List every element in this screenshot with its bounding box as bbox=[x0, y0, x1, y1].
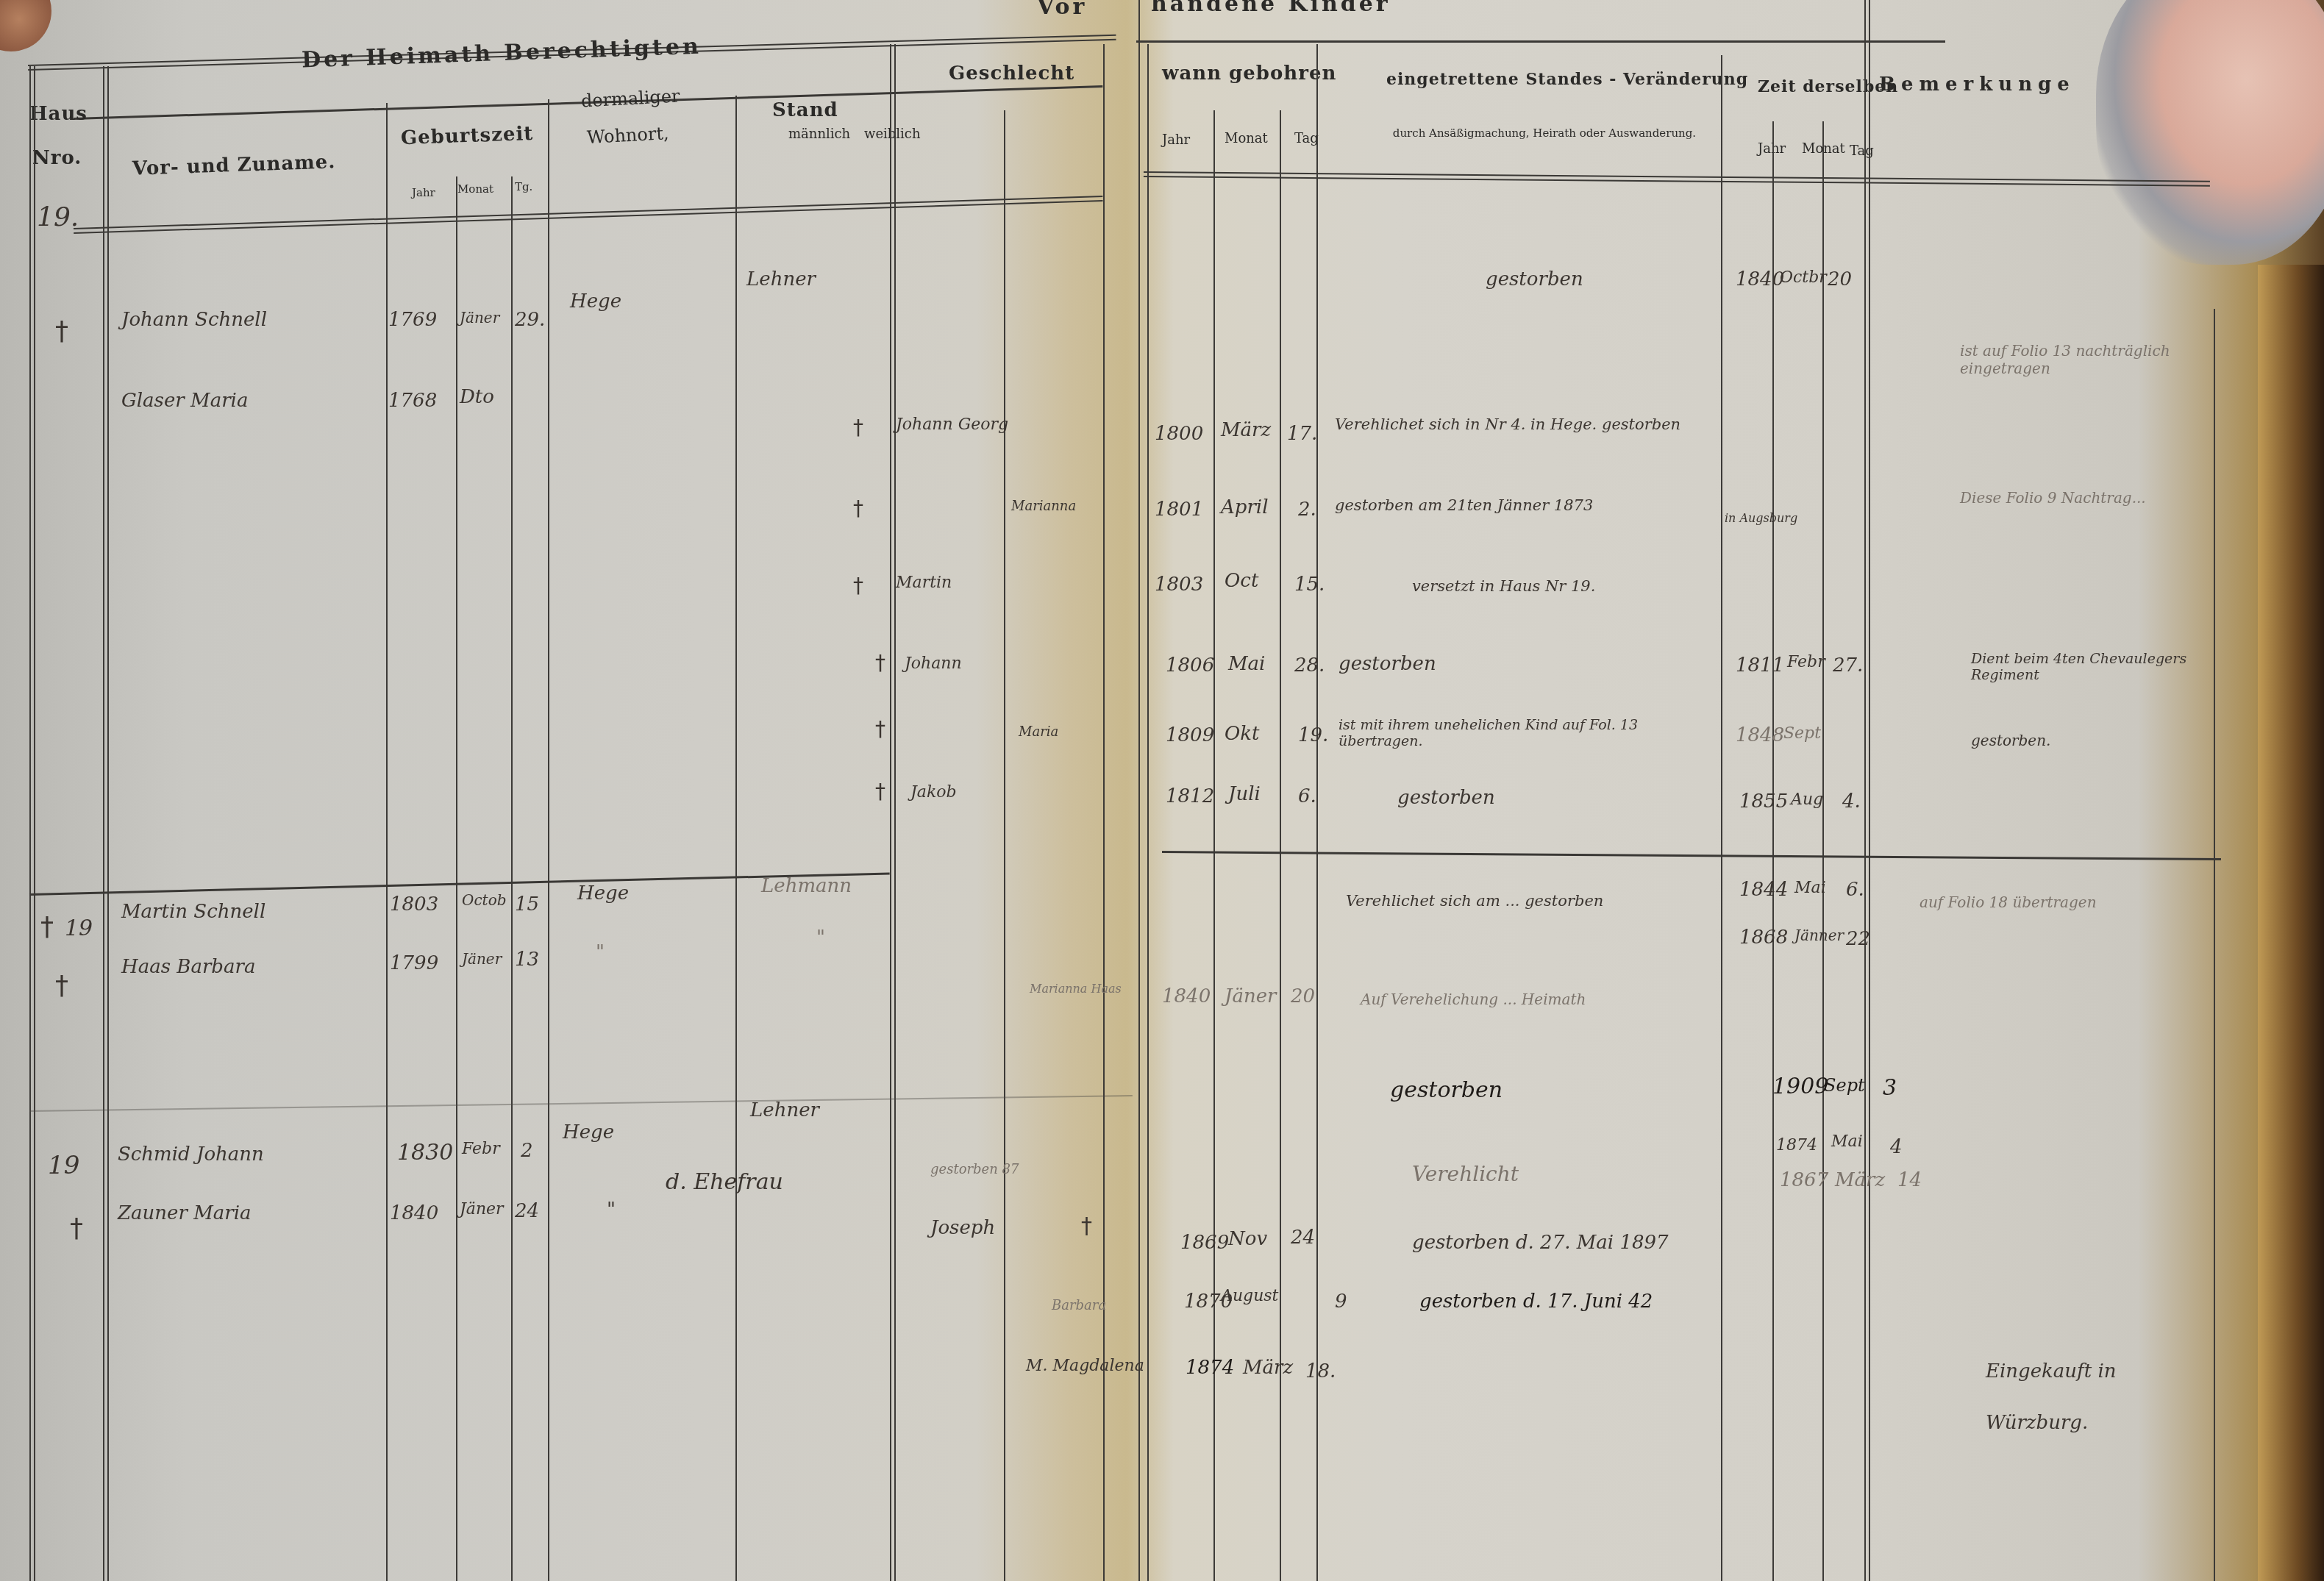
child-change: gestorben d. 27. Mai 1897 bbox=[1412, 1232, 1669, 1254]
parent-stand: d. Ehefrau bbox=[666, 1169, 783, 1195]
tag-sub-right: Tag bbox=[1294, 131, 1319, 146]
parent-name: Haas Barbara bbox=[121, 956, 255, 978]
col-rule bbox=[1822, 121, 1824, 1581]
parent-change-month: Mai bbox=[1794, 879, 1826, 897]
col-rule bbox=[511, 176, 513, 1581]
parent-change-year: 1874 bbox=[1776, 1136, 1817, 1154]
parent-change-month-2: Jänner bbox=[1794, 927, 1844, 944]
parent-birth-day: 2 bbox=[521, 1140, 533, 1162]
child-birth-month: Jäner bbox=[1225, 985, 1276, 1007]
parent-birth-month: Febr bbox=[462, 1140, 500, 1158]
parent-birth-month: Jäner bbox=[462, 950, 502, 968]
wohnort-header-1: dermaliger bbox=[580, 85, 680, 111]
child-change: versetzt in Haus Nr 19. bbox=[1412, 577, 1595, 595]
parent-birth-year: 1840 bbox=[390, 1202, 438, 1224]
child-change: gestorben bbox=[1390, 1077, 1503, 1103]
child-birth-day: 19. bbox=[1298, 724, 1328, 746]
family-separator bbox=[1162, 851, 2221, 860]
child-change-month: Aug bbox=[1791, 790, 1823, 809]
child-remark: Diese Folio 9 Nachtrag... bbox=[1960, 489, 2203, 507]
child-birth-year: 1801 bbox=[1155, 499, 1203, 521]
parent-birth-year: 1769 bbox=[388, 309, 437, 331]
death-cross-icon: † bbox=[853, 496, 863, 521]
child-birth-year: 1812 bbox=[1166, 785, 1214, 807]
child-change: Verehlichet sich in Nr 4. in Hege. gesto… bbox=[1335, 415, 1717, 433]
parent-change-day: 4 bbox=[1890, 1136, 1903, 1158]
parent-change-year-2: 1867 bbox=[1780, 1169, 1828, 1191]
parent-stand: Lehner bbox=[750, 1099, 819, 1121]
child-birth-month: Mai bbox=[1228, 653, 1265, 675]
child-change-year: 1909 bbox=[1772, 1074, 1828, 1099]
zeit-derselben-header: Zeit derselben bbox=[1758, 77, 1898, 96]
col-rule bbox=[890, 44, 891, 1581]
child-change: gestorben am 21ten Jänner 1873 bbox=[1335, 496, 1593, 514]
death-cross-icon: † bbox=[1081, 1213, 1092, 1239]
parent-birth-year: 1768 bbox=[388, 390, 437, 412]
parent-change-year: 1840 bbox=[1736, 268, 1784, 290]
child-birth-month: April bbox=[1221, 496, 1268, 518]
col-rule bbox=[2214, 309, 2215, 1581]
parent-birth-day: 24 bbox=[515, 1200, 539, 1222]
house-number: 19 bbox=[48, 1151, 79, 1180]
child-birth-month: Okt bbox=[1225, 723, 1260, 745]
haus-label: Haus bbox=[29, 103, 88, 125]
child-male-name: Johann Georg bbox=[896, 415, 1008, 434]
child-birth-day: 18. bbox=[1305, 1360, 1336, 1382]
wohnort-header-2: Wohnort, bbox=[586, 123, 669, 148]
child-birth-day: 15. bbox=[1294, 574, 1325, 596]
child-female-name: M. Magdalena bbox=[1026, 1357, 1144, 1375]
child-female-name: Marianna bbox=[1011, 499, 1076, 514]
parent-birth-day: 29. bbox=[515, 309, 545, 331]
rule-header-bottom-right bbox=[1144, 171, 2210, 182]
rule-top-right bbox=[1136, 40, 1945, 43]
child-female-name: Barbara bbox=[1052, 1298, 1106, 1313]
child-female-name: Maria bbox=[1019, 724, 1058, 740]
parent-change-year-2: 1868 bbox=[1739, 927, 1788, 949]
death-cross-icon: † bbox=[875, 779, 885, 804]
col-rule bbox=[735, 96, 737, 1581]
child-birth-year: 1840 bbox=[1162, 985, 1211, 1007]
parent-change: Verehlicht bbox=[1412, 1162, 1519, 1186]
child-birth-month: März bbox=[1243, 1357, 1293, 1379]
child-birth-month: August bbox=[1221, 1287, 1278, 1305]
child-pre-note: gestorben 87 bbox=[930, 1162, 1019, 1177]
child-change-year: 1855 bbox=[1739, 790, 1788, 813]
col-rule bbox=[386, 103, 388, 1581]
nro-label: Nro. bbox=[32, 147, 82, 169]
parent-birth-day: 15 bbox=[515, 893, 539, 916]
parent-change-day: 6. bbox=[1846, 879, 1864, 901]
standes-sub: durch Ansäßigmachung, Heirath oder Auswa… bbox=[1383, 126, 1706, 140]
col-rule bbox=[1864, 0, 1866, 1581]
parent-birth-year: 1803 bbox=[390, 893, 438, 916]
child-change-day: 27. bbox=[1833, 654, 1863, 677]
rule-header-bottom bbox=[74, 196, 1102, 229]
col-rule bbox=[1103, 44, 1105, 1581]
geburtszeit-header: Geburtszeit bbox=[401, 123, 534, 149]
parent-change-year: 1844 bbox=[1739, 879, 1788, 901]
monat-sub-right: Monat bbox=[1225, 131, 1268, 146]
weiblich-sub: weiblich bbox=[864, 126, 921, 142]
child-birth-month: März bbox=[1221, 419, 1271, 441]
death-cross-icon: † bbox=[70, 1213, 83, 1243]
faint-rule bbox=[29, 1095, 1133, 1112]
tag-sub: Tg. bbox=[515, 180, 532, 193]
name-header: Vor- und Zuname. bbox=[132, 151, 336, 180]
child-male-name: Johann bbox=[905, 654, 962, 673]
book-edge bbox=[2258, 265, 2324, 1581]
parent-change: gestorben bbox=[1486, 268, 1583, 290]
parent-birth-month: Dto bbox=[460, 386, 494, 408]
col-rule bbox=[1004, 110, 1005, 1581]
child-birth-month: Nov bbox=[1228, 1228, 1267, 1250]
death-cross-icon: † bbox=[55, 971, 68, 1001]
parent-name: Schmid Johann bbox=[118, 1143, 264, 1166]
parent-name: Johann Schnell bbox=[121, 309, 267, 331]
parent-wohnort: Hege bbox=[570, 290, 621, 313]
child-birth-month: Juli bbox=[1228, 783, 1261, 805]
maennlich-sub: männlich bbox=[788, 126, 850, 142]
standes-header: eingetrettene Standes - Veränderung bbox=[1386, 70, 1748, 89]
child-birth-year: 1800 bbox=[1155, 423, 1203, 445]
col-rule bbox=[456, 176, 457, 1581]
parent-birth-month: Jäner bbox=[460, 309, 499, 326]
stand-header: Stand bbox=[772, 99, 838, 121]
parent-birth-month: Jäner bbox=[460, 1200, 504, 1218]
monat-sub: Monat bbox=[457, 182, 493, 196]
child-male-name: Martin bbox=[896, 574, 952, 592]
child-change-day: 4. bbox=[1842, 790, 1861, 813]
parent-wohnort: " bbox=[596, 941, 605, 963]
parent-birth-year: 1799 bbox=[390, 952, 438, 974]
child-birth-year: 1869 bbox=[1180, 1232, 1229, 1254]
parent-wohnort: Hege bbox=[563, 1121, 614, 1143]
child-male-name: Jakob bbox=[910, 783, 957, 802]
child-change-day: 3 bbox=[1883, 1075, 1897, 1101]
geschlecht-header: Geschlecht bbox=[949, 63, 1074, 85]
child-change-year: 1811 bbox=[1736, 654, 1784, 677]
group-title: Der Heimath Berechtigten bbox=[302, 34, 702, 74]
parent-remark: ist auf Folio 13 nachträglich eingetrage… bbox=[1960, 342, 2225, 377]
col-rule bbox=[103, 66, 104, 1581]
child-change-year: 1848 bbox=[1736, 724, 1784, 746]
parent-change-month: Octbr bbox=[1780, 268, 1827, 287]
child-change-month: Sept bbox=[1824, 1075, 1865, 1096]
child-birth-day: 28. bbox=[1294, 654, 1325, 677]
child-change: Auf Verehelichung ... Heimath bbox=[1361, 982, 1706, 1017]
gutter-rule bbox=[1138, 0, 1140, 1581]
finger-right bbox=[2096, 0, 2324, 265]
col-rule bbox=[1772, 121, 1774, 1581]
child-change: ist mit ihrem unehelichen Kind auf Fol. … bbox=[1339, 717, 1721, 749]
bemerkungen-header: Bemerkunge bbox=[1879, 74, 2075, 96]
parent-change-day: 20 bbox=[1828, 268, 1852, 290]
col-rule bbox=[1147, 44, 1149, 1581]
child-change: gestorben bbox=[1339, 653, 1436, 675]
child-birth-day: 9 bbox=[1335, 1291, 1347, 1313]
col-rule bbox=[1316, 44, 1318, 1581]
parent-wohnort: Hege bbox=[577, 882, 629, 904]
child-change: gestorben bbox=[1397, 787, 1495, 809]
parent-birth-month: Octob bbox=[462, 891, 506, 909]
parent-stand: Lehmann bbox=[761, 875, 852, 897]
jahr-sub: Jahr bbox=[412, 186, 435, 199]
parent-wohnort: " bbox=[607, 1199, 616, 1221]
wann-gebohren-header: wann gebohren bbox=[1162, 63, 1336, 85]
parent-stand: Lehner bbox=[746, 268, 816, 290]
child-birth-year: 1803 bbox=[1155, 574, 1203, 596]
house-number: 19 bbox=[65, 916, 93, 941]
open-register-book: Der Heimath Berechtigten Vor Haus Nro. 1… bbox=[0, 0, 2324, 1581]
parent-change-month-2: März bbox=[1835, 1169, 1885, 1191]
parent-name: Zauner Maria bbox=[118, 1202, 252, 1224]
child-birth-year: 1874 bbox=[1186, 1357, 1234, 1379]
child-birth-day: 17. bbox=[1287, 423, 1317, 445]
parent-change-month: Mai bbox=[1831, 1132, 1863, 1151]
child-birth-day: 20 bbox=[1291, 985, 1315, 1007]
child-change: gestorben d. 17. Juni 42 bbox=[1419, 1291, 1653, 1313]
death-cross-icon: † bbox=[55, 316, 68, 346]
finger-left bbox=[0, 0, 51, 51]
parent-birth-year: 1830 bbox=[397, 1140, 453, 1166]
death-cross-icon: † bbox=[853, 415, 863, 440]
parent-change: Verehlichet sich am ... gestorben bbox=[1346, 879, 1692, 923]
child-birth-month: Oct bbox=[1225, 570, 1258, 592]
col-rule bbox=[29, 66, 31, 1581]
parent-change-day-2: 22 bbox=[1846, 928, 1870, 950]
death-cross-icon: † bbox=[875, 717, 885, 741]
child-female-name: Marianna Haas bbox=[1030, 982, 1133, 996]
death-cross-icon: † bbox=[853, 574, 863, 598]
child-change-year: in Augsburg bbox=[1725, 511, 1797, 525]
death-cross-icon: † bbox=[875, 651, 885, 675]
child-remark: Eingekauft in Würzburg. bbox=[1986, 1346, 2162, 1449]
child-male-name: Joseph bbox=[930, 1217, 995, 1239]
child-birth-year: 1809 bbox=[1166, 724, 1214, 746]
parent-stand: " bbox=[816, 927, 825, 949]
title-fragment-right: handene Kinder bbox=[1151, 0, 1391, 17]
jahr-sub-right: Jahr bbox=[1162, 132, 1190, 148]
parent-change-day-2: 14 bbox=[1897, 1169, 1922, 1191]
child-birth-day: 6. bbox=[1298, 785, 1316, 807]
parent-name: Martin Schnell bbox=[121, 901, 265, 923]
child-birth-day: 24 bbox=[1291, 1227, 1315, 1249]
house-number: 19. bbox=[37, 202, 79, 232]
death-cross-icon: † bbox=[40, 912, 54, 942]
parent-remark: auf Folio 18 übertragen bbox=[1920, 893, 2097, 911]
parent-birth-day: 13 bbox=[515, 949, 539, 971]
col-rule bbox=[548, 99, 549, 1581]
child-birth-day: 2. bbox=[1298, 499, 1316, 521]
child-change-month: Febr bbox=[1787, 653, 1825, 671]
child-birth-year: 1806 bbox=[1166, 654, 1214, 677]
col-rule bbox=[1721, 55, 1722, 1581]
parent-name: Glaser Maria bbox=[121, 390, 248, 412]
child-change-month: Sept bbox=[1783, 724, 1821, 743]
child-remark: Dient beim 4ten Chevaulegers Regiment bbox=[1971, 651, 2221, 683]
title-fragment-left: Vor bbox=[1037, 0, 1087, 20]
child-remark: gestorben. bbox=[1971, 732, 2050, 749]
